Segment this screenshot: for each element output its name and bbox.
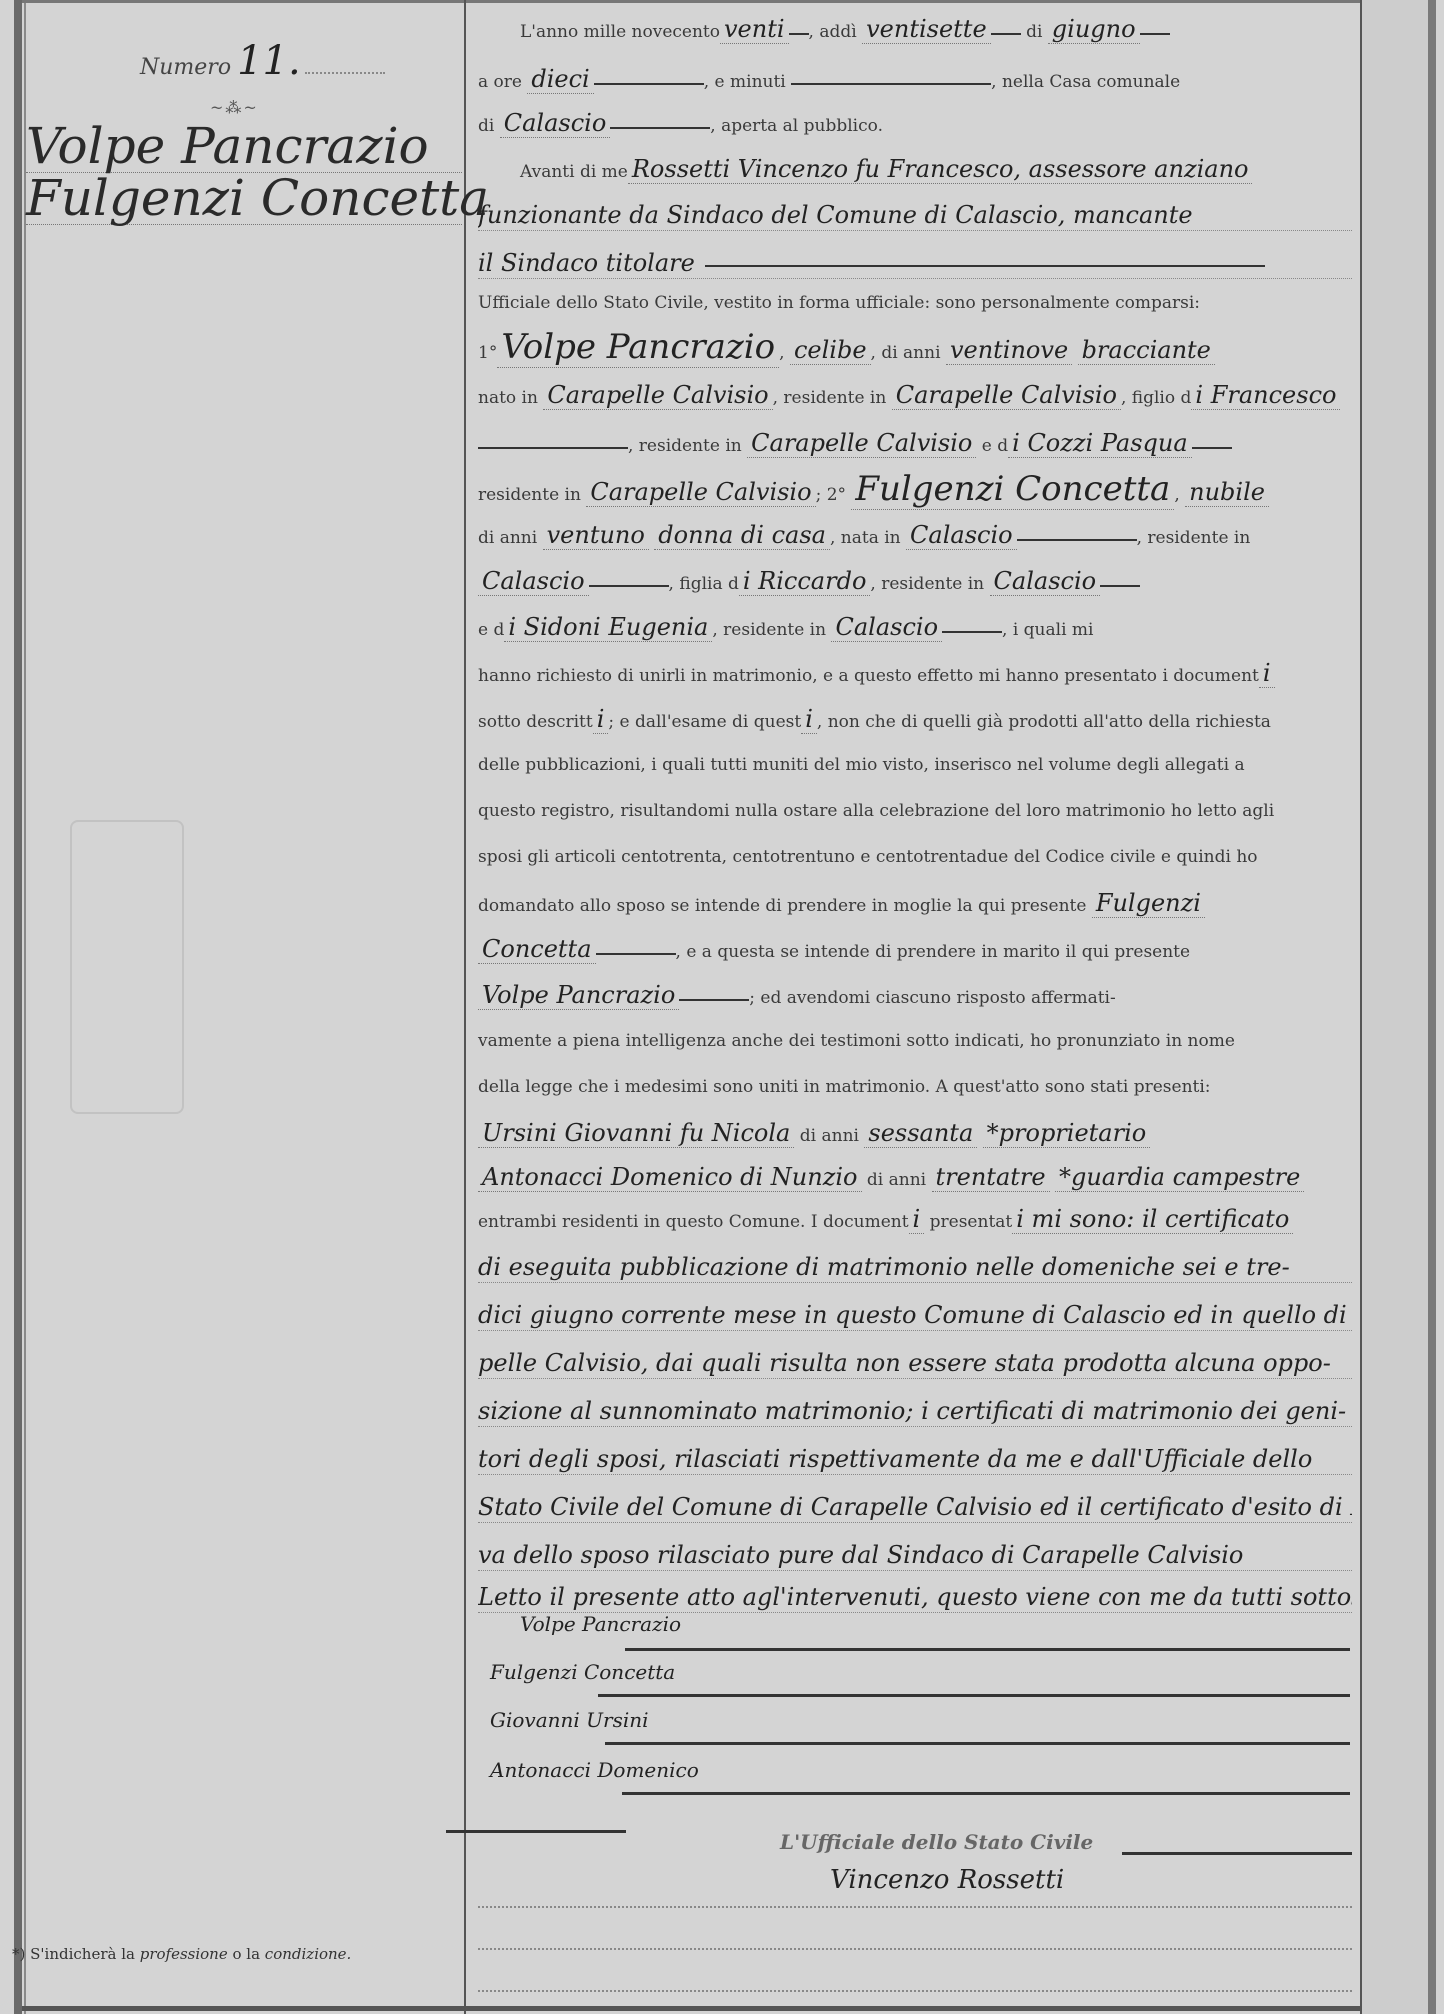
blank-rule: [610, 125, 710, 129]
text-fragment: di anni: [800, 1126, 859, 1146]
bride-name-repeat: Fulgenzi: [1092, 889, 1205, 918]
text-fragment: *) S'indicherà la: [12, 1945, 140, 1963]
text-fragment: residente in: [478, 485, 581, 505]
witness2-profession: *guardia campestre: [1055, 1163, 1304, 1192]
blank-rule: [791, 81, 991, 85]
signature-groom: Volpe Pancrazio: [520, 1612, 681, 1636]
text-fragment: domandato allo sposo se intende di prend…: [478, 896, 1086, 916]
text-fragment: hanno richiesto di unirli in matrimonio,…: [478, 666, 1173, 686]
line-bride-age: di anni ventuno donna di casa, nata in C…: [478, 524, 1352, 549]
line-p-c: delle pubblicazioni, i quali tutti munit…: [478, 754, 1352, 776]
numero-value: 11.: [237, 38, 301, 84]
blank-rule: [1140, 31, 1170, 35]
watermark: [70, 820, 184, 1114]
line-witness-1: Ursini Giovanni fu Nicola di anni sessan…: [478, 1122, 1352, 1147]
text-fragment: , residente in: [628, 436, 742, 456]
text-fragment: ; 2°: [816, 485, 846, 505]
text-fragment: , residente in: [870, 574, 984, 594]
text-fragment: presentat: [930, 1212, 1013, 1232]
bride-mother-residence: Calascio: [831, 613, 942, 642]
groom-residence: Carapelle Calvisio: [892, 381, 1121, 410]
text-fragment: , residente in: [712, 620, 826, 640]
line-groom: 1°Volpe Pancrazio, celibe, di anni venti…: [478, 336, 1352, 364]
witness2-name: Antonacci Domenico di Nunzio: [478, 1163, 862, 1192]
text-fragment: di anni: [478, 528, 537, 548]
signature-bride: Fulgenzi Concetta: [490, 1660, 675, 1684]
line-ufficiale: Ufficiale dello Stato Civile, vestito in…: [478, 292, 1352, 314]
officer-value-1: Rossetti Vincenzo fu Francesco, assessor…: [628, 155, 1253, 184]
hand-line-2: dici giugno corrente mese in questo Comu…: [478, 1300, 1352, 1331]
text-fragment: , di anni: [871, 343, 941, 363]
blank-rule: [596, 951, 676, 955]
blank-rule: [679, 997, 749, 1001]
witness1-name: Ursini Giovanni fu Nicola: [478, 1119, 794, 1148]
blank-rule: [1100, 583, 1140, 587]
text-fragment: , figlio d: [1121, 388, 1191, 408]
line-bride: residente in Carapelle Calvisio; 2° Fulg…: [478, 478, 1352, 506]
binding-edge-left: [14, 0, 22, 2014]
bottom-rule: [22, 2006, 1362, 2011]
text-fragment: , addì: [809, 22, 857, 42]
binding-edge-right: [1428, 0, 1436, 2014]
blank-rule: [942, 629, 1002, 633]
text-fragment: ; ed avendomi ciascuno risposto affermat…: [749, 988, 1115, 1008]
blank-rule: [594, 81, 704, 85]
signature-witness-1: Giovanni Ursini: [490, 1708, 649, 1732]
bride-residence: Calascio: [478, 567, 589, 596]
text-fragment: di: [478, 116, 494, 136]
text-fragment: 1°: [478, 343, 497, 363]
text-fragment: , i quali mi: [1002, 620, 1093, 640]
line-witness-2: Antonacci Domenico di Nunzio di anni tre…: [478, 1166, 1352, 1191]
record-number: Numero11.: [140, 38, 385, 84]
officer-signature: Vincenzo Rossetti: [830, 1865, 1064, 1895]
officer-value-2: funzionante da Sindaco del Comune di Cal…: [478, 200, 1352, 231]
blank-rule: [1192, 445, 1232, 449]
hand-line-7: va dello sposo rilasciato pure dal Sinda…: [478, 1540, 1352, 1571]
text-fragment: document: [823, 1212, 909, 1232]
hand-line-3: pelle Calvisio, dai quali risulta non es…: [478, 1348, 1352, 1379]
groom-mother: i Cozzi Pasqua: [1008, 429, 1192, 458]
bride-profession: donna di casa: [654, 521, 830, 550]
line-bride-mother: e di Sidoni Eugenia, residente in Calasc…: [478, 616, 1352, 641]
signature-rule-2: [598, 1694, 1350, 1697]
text-fragment: , nata in: [830, 528, 901, 548]
witness2-age: trentatre: [932, 1163, 1050, 1192]
text-fragment: nato in: [478, 388, 538, 408]
text-fragment: , e minuti: [704, 72, 786, 92]
signature-rule-4: [622, 1792, 1350, 1795]
hand-line-8: Letto il presente atto agl'intervenuti, …: [478, 1582, 1352, 1613]
text-fragment: professione: [140, 1945, 228, 1963]
line-p-g: Concetta, e a questa se intende di prend…: [478, 938, 1352, 963]
empty-dotted-line-3: [478, 1990, 1352, 1992]
signature-rule-1: [625, 1648, 1350, 1651]
text-fragment: i: [1259, 659, 1275, 688]
text-fragment: il Sindaco titolare: [478, 249, 695, 277]
bride-father: i Riccardo: [739, 567, 871, 596]
bride-status: nubile: [1185, 478, 1269, 507]
line-date: L'anno mille novecentoventi, addì ventis…: [520, 18, 1394, 43]
blank-rule: [1017, 537, 1137, 541]
text-fragment: sotto descritt: [478, 712, 593, 732]
blank-rule: [705, 263, 1265, 267]
bride-father-residence: Calascio: [990, 567, 1101, 596]
text-fragment: , aperta al pubblico.: [710, 116, 883, 136]
text-fragment: condizione.: [265, 1945, 352, 1963]
blank-rule: [589, 583, 669, 587]
text-fragment: e d: [982, 436, 1008, 456]
line-p-i: vamente a piena intelligenza anche dei t…: [478, 1030, 1352, 1052]
right-margin: [1362, 0, 1428, 2014]
ornament-icon: ~⁂~: [210, 98, 259, 117]
signature-rule-3: [605, 1742, 1350, 1745]
officer-value-3: il Sindaco titolare: [478, 248, 1352, 279]
text-fragment: , non che di quelli già prodotti all'att…: [817, 712, 1271, 732]
groom-name: Volpe Pancrazio: [497, 327, 779, 368]
line-bride-parents: Calascio, figlia di Riccardo, residente …: [478, 570, 1352, 595]
text-fragment: , nella Casa comunale: [991, 72, 1180, 92]
text-fragment: e d: [478, 620, 504, 640]
groom-father: i Francesco: [1191, 381, 1340, 410]
text-fragment: L'anno mille novecento: [520, 22, 720, 42]
text-fragment: i: [593, 705, 609, 734]
line-officer: Avanti di meRossetti Vincenzo fu Frances…: [520, 158, 1394, 183]
text-fragment: i mi sono: il certificato: [1012, 1205, 1293, 1234]
margin-groom-name: Volpe Pancrazio: [26, 120, 462, 173]
groom-name-repeat: Volpe Pancrazio: [478, 981, 679, 1010]
text-fragment: , e a questa se intende di prendere in m…: [676, 942, 1191, 962]
town-value: Calascio: [500, 109, 611, 138]
hand-line-5: tori degli sposi, rilasciati rispettivam…: [478, 1444, 1352, 1475]
line-p-a: hanno richiesto di unirli in matrimonio,…: [478, 662, 1352, 687]
line-p-e: sposi gli articoli centotrenta, centotre…: [478, 846, 1352, 868]
year-value: venti: [720, 15, 789, 44]
empty-dotted-line-2: [478, 1948, 1352, 1950]
bride-birthplace: Calascio: [906, 521, 1017, 550]
text-fragment: document: [1173, 666, 1259, 686]
hour-value: dieci: [527, 65, 593, 94]
text-fragment: Avanti di me: [520, 162, 628, 182]
text-fragment: di: [1026, 22, 1042, 42]
groom-birthplace: Carapelle Calvisio: [543, 381, 772, 410]
text-fragment: , residente in: [1137, 528, 1251, 548]
text-fragment: , figlia d: [669, 574, 739, 594]
text-fragment: , residente in: [773, 388, 887, 408]
officer-stamp: L'Ufficiale dello Stato Civile: [780, 1830, 1093, 1854]
groom-father-residence: Carapelle Calvisio: [747, 429, 976, 458]
groom-profession: bracciante: [1078, 336, 1215, 365]
hand-line-1: di eseguita pubblicazione di matrimonio …: [478, 1252, 1352, 1283]
line-p-h: Volpe Pancrazio; ed avendomi ciascuno ri…: [478, 984, 1352, 1009]
day-value: ventisette: [862, 15, 991, 44]
stamp-rule-left: [446, 1830, 626, 1833]
line-time: a ore dieci, e minuti , nella Casa comun…: [478, 68, 1352, 93]
blank-rule: [789, 31, 809, 35]
blank-rule: [991, 31, 1021, 35]
groom-mother-residence: Carapelle Calvisio: [586, 478, 815, 507]
line-p-j: della legge che i medesimi sono uniti in…: [478, 1076, 1352, 1098]
margin-bride-name: Fulgenzi Concetta: [26, 172, 462, 225]
groom-age: ventinove: [946, 336, 1072, 365]
line-p-d: questo registro, risultandomi nulla osta…: [478, 800, 1352, 822]
bride-age: ventuno: [543, 521, 649, 550]
witness1-age: sessanta: [864, 1119, 977, 1148]
top-rule: [22, 0, 1362, 3]
hand-line-6: Stato Civile del Comune di Carapelle Cal…: [478, 1492, 1352, 1523]
line-town: di Calascio, aperta al pubblico.: [478, 112, 1352, 137]
register-page: Numero11. ~⁂~ Volpe Pancrazio Fulgenzi C…: [0, 0, 1444, 2014]
text-fragment: entrambi residenti in questo Comune. I: [478, 1212, 818, 1232]
numero-dots: [305, 72, 385, 74]
numero-label: Numero: [140, 55, 231, 80]
right-border: [1360, 0, 1362, 2014]
blank-rule: [478, 445, 628, 449]
binding-edge-left-inner: [24, 0, 26, 2014]
bride-name: Fulgenzi Concetta: [851, 469, 1174, 510]
footnote: *) S'indicherà la professione o la condi…: [12, 1945, 351, 1963]
text-fragment: o la: [228, 1945, 265, 1963]
stamp-rule-right: [1122, 1852, 1352, 1855]
text-fragment: i: [909, 1205, 925, 1234]
hand-line-4: sizione al sunnominato matrimonio; i cer…: [478, 1396, 1352, 1427]
groom-status: celibe: [790, 336, 871, 365]
text-fragment: i: [801, 705, 817, 734]
month-value: giugno: [1048, 15, 1140, 44]
signature-witness-2: Antonacci Domenico: [490, 1758, 699, 1782]
empty-dotted-line-1: [478, 1906, 1352, 1908]
bride-mother: i Sidoni Eugenia: [504, 613, 712, 642]
text-fragment: a ore: [478, 72, 522, 92]
line-p-b: sotto descritti; e dall'esame di questi,…: [478, 708, 1352, 733]
line-groom-birth: nato in Carapelle Calvisio, residente in…: [478, 384, 1352, 409]
text-fragment: di anni: [867, 1170, 926, 1190]
line-p-k: entrambi residenti in questo Comune. I d…: [478, 1208, 1352, 1233]
witness1-profession: *proprietario: [983, 1119, 1151, 1148]
line-p-f: domandato allo sposo se intende di prend…: [478, 892, 1352, 917]
column-divider: [464, 0, 466, 2014]
line-groom-parents: , residente in Carapelle Calvisio e di C…: [478, 432, 1352, 457]
text-fragment: Concetta: [478, 935, 596, 964]
text-fragment: ; e dall'esame di quest: [608, 712, 801, 732]
